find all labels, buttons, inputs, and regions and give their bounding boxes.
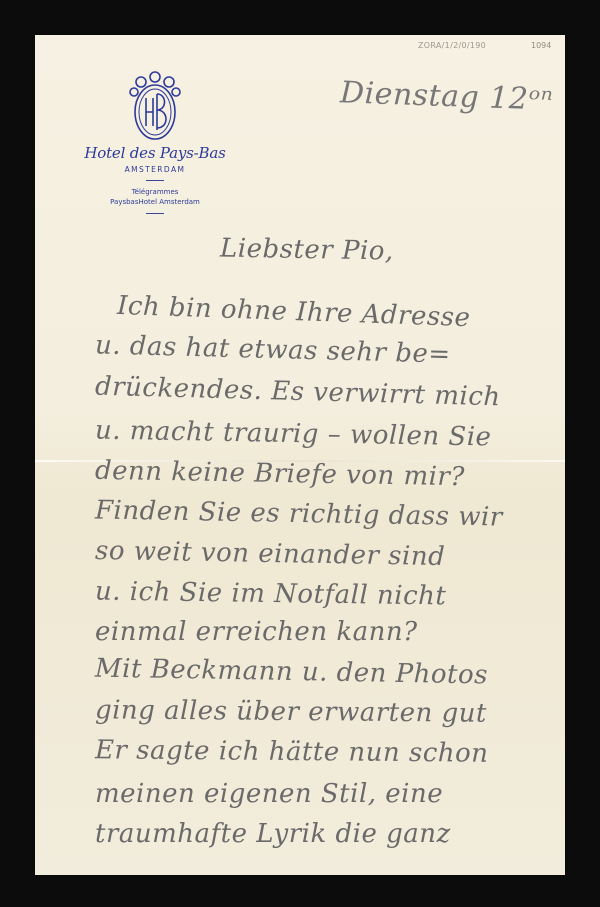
body-line: Mit Beckmann u. den Photos — [95, 654, 488, 691]
hotel-name: Hotel des Pays-Bas — [80, 144, 230, 162]
letter-page: ZORA/1/2/0/190 1094 Hotel des Pays-Bas A… — [35, 35, 565, 875]
body-line: meinen eigenen Stil, eine — [95, 779, 443, 809]
telegram-address: PaysbasHotel Amsterdam — [80, 197, 230, 207]
salutation: Liebster Pio, — [220, 233, 394, 266]
page-number: 1094 — [531, 41, 551, 50]
body-line: Ich bin ohne Ihre Adresse — [117, 291, 471, 333]
body-line: denn keine Briefe von mir? — [95, 456, 465, 492]
body-line: u. das hat etwas sehr be= — [95, 330, 451, 369]
body-line: so weit von einander sind — [95, 536, 446, 572]
body-line: traumhafte Lyrik die ganz — [95, 819, 451, 849]
body-line: Finden Sie es richtig dass wir — [95, 495, 503, 532]
body-line: Er sagte ich hätte nun schon — [95, 735, 489, 768]
telegram-label: Télégrammes — [80, 187, 230, 197]
body-line: einmal erreichen kann? — [95, 617, 418, 647]
date-line: Dienstag 12ᵒⁿ — [339, 75, 553, 117]
hotel-monogram-crest-icon — [127, 70, 183, 142]
body-line: u. ich Sie im Notfall nicht — [95, 577, 447, 612]
divider — [146, 213, 164, 214]
body-line: ging alles über erwarten gut — [95, 695, 487, 728]
body-line: u. macht traurig – wollen Sie — [95, 416, 492, 453]
archive-reference: ZORA/1/2/0/190 — [418, 41, 486, 50]
body-line: drückendes. Es verwirrt mich — [95, 372, 501, 413]
hotel-city: AMSTERDAM — [80, 165, 230, 174]
hotel-letterhead: Hotel des Pays-Bas AMSTERDAM Télégrammes… — [80, 70, 230, 220]
divider — [146, 180, 164, 181]
